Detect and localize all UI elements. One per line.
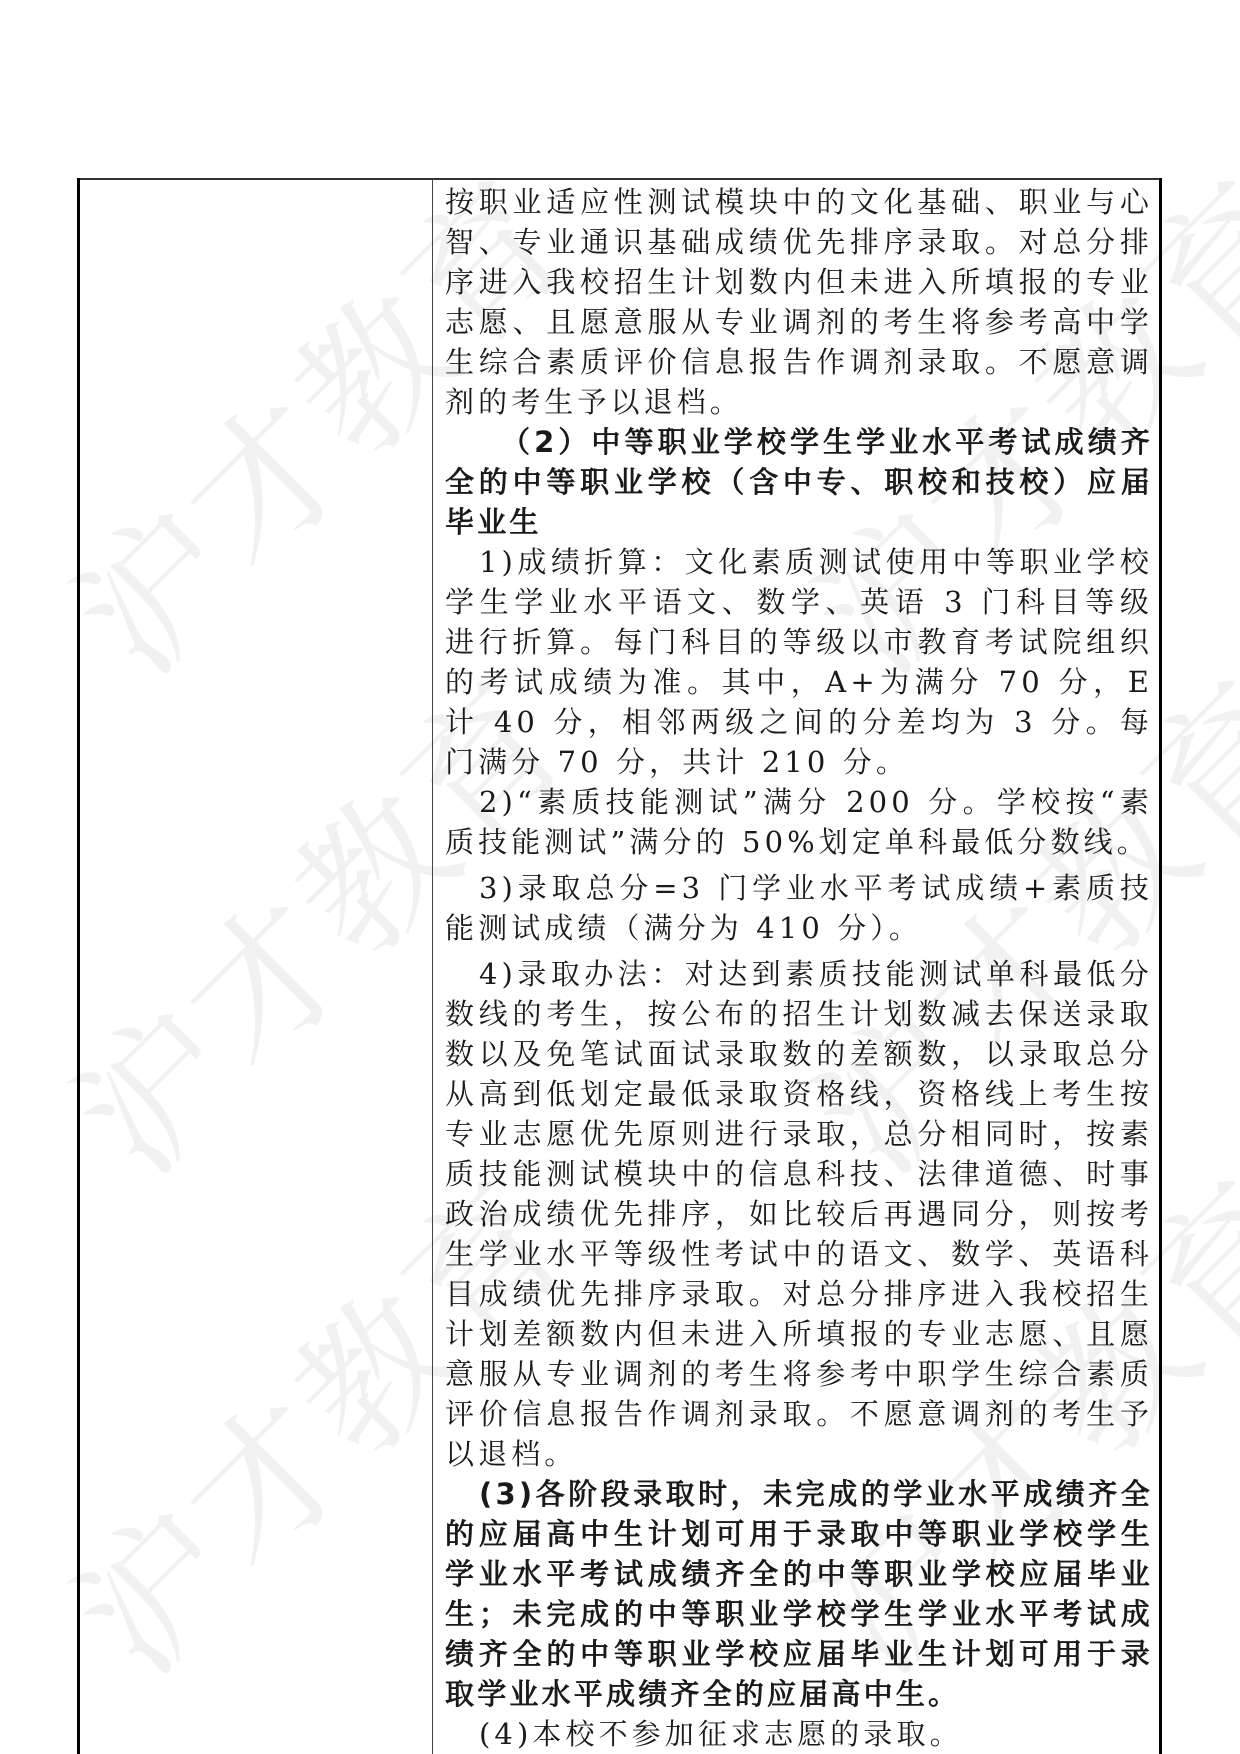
paragraph-tiebreak-continuation: 按职业适应性测试模块中的文化基础、职业与心智、专业通识基础成绩优先排序录取。对总… [445, 182, 1153, 422]
paragraph-no-supplementary: (4)本校不参加征求志愿的录取。 [445, 1714, 1153, 1754]
section-heading-quota-transfer: (3)各阶段录取时，未完成的学业水平成绩齐全的应届高中生计划可用于录取中等职业学… [445, 1474, 1153, 1714]
table-row: 按职业适应性测试模块中的文化基础、职业与心智、专业通识基础成绩优先排序录取。对总… [79, 179, 1161, 1754]
section-heading-vocational-graduates: （2）中等职业学校学生学业水平考试成绩齐全的中等职业学校（含中专、职校和技校）应… [445, 422, 1153, 542]
table-cell-label [79, 179, 433, 1754]
admission-rules-table: 按职业适应性测试模块中的文化基础、职业与心智、专业通识基础成绩优先排序录取。对总… [77, 178, 1162, 1754]
paragraph-total-score: 3)录取总分=3 门学业水平考试成绩+素质技能测试成绩（满分为 410 分）。 [445, 868, 1153, 948]
paragraph-admission-method: 4)录取办法：对达到素质技能测试单科最低分数线的考生，按公布的招生计划数减去保送… [445, 954, 1153, 1474]
table-cell-content: 按职业适应性测试模块中的文化基础、职业与心智、专业通识基础成绩优先排序录取。对总… [433, 179, 1161, 1754]
paragraph-skills-test: 2)“素质技能测试”满分 200 分。学校按“素质技能测试”满分的 50%划定单… [445, 782, 1153, 862]
paragraph-score-conversion: 1)成绩折算：文化素质测试使用中等职业学校学生学业水平语文、数学、英语 3 门科… [445, 542, 1153, 782]
